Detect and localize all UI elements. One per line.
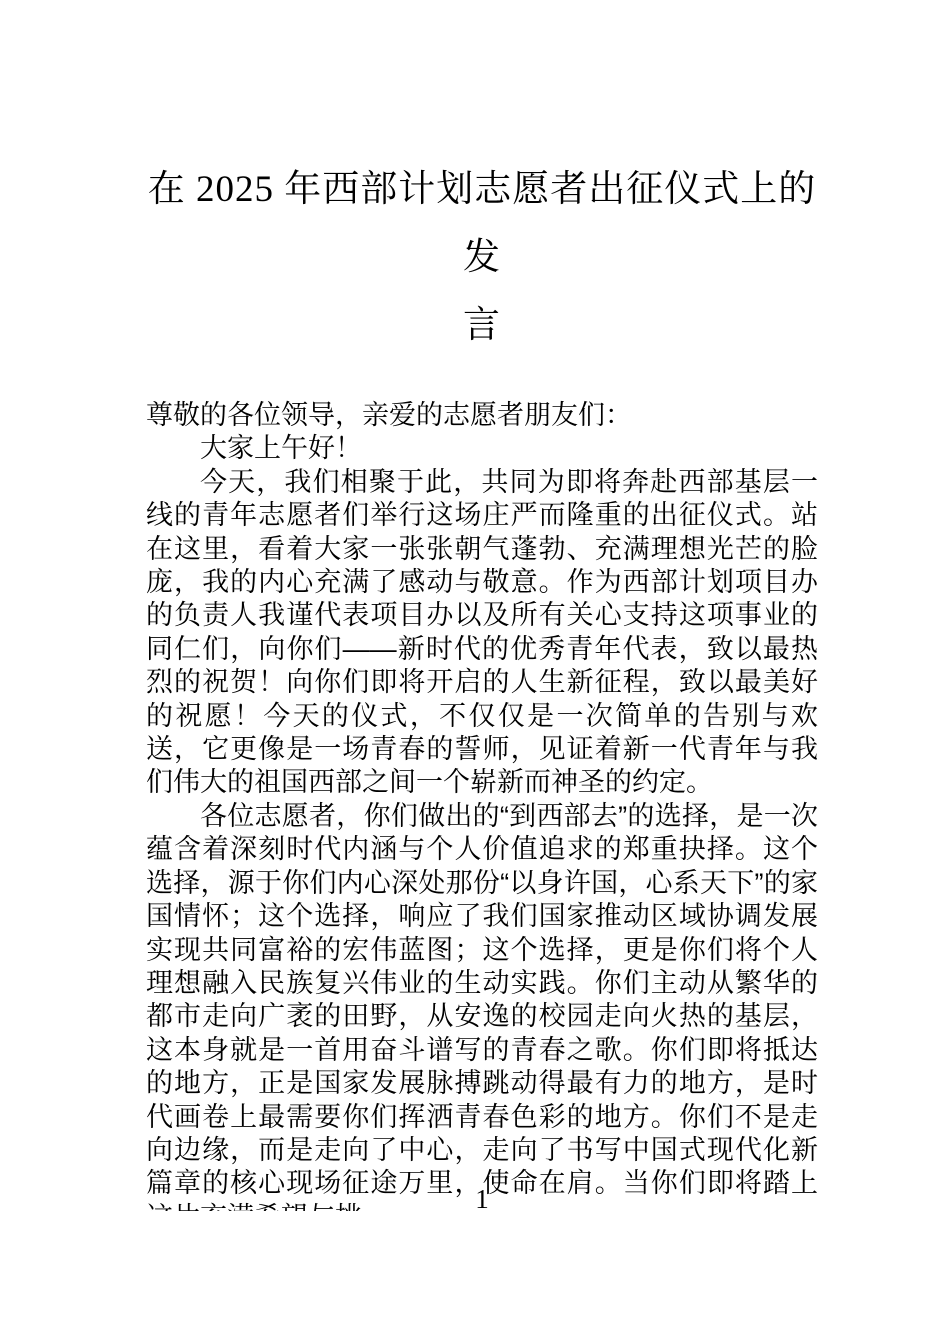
document-title: 在 2025 年西部计划志愿者出征仪式上的发 言 bbox=[146, 156, 818, 360]
document-page: 在 2025 年西部计划志愿者出征仪式上的发 言 尊敬的各位领导，亲爱的志愿者朋… bbox=[0, 0, 950, 1344]
body-paragraph-1: 今天，我们相聚于此，共同为即将奔赴西部基层一线的青年志愿者们举行这场庄严而隆重的… bbox=[146, 466, 818, 800]
page-number: 1 bbox=[146, 1184, 818, 1214]
document-title-line-2: 言 bbox=[146, 292, 818, 360]
salutation-paragraph: 尊敬的各位领导，亲爱的志愿者朋友们： bbox=[146, 399, 818, 432]
document-body: 尊敬的各位领导，亲爱的志愿者朋友们： 大家上午好！ 今天，我们相聚于此，共同为即… bbox=[146, 399, 818, 1211]
document-title-line-1: 在 2025 年西部计划志愿者出征仪式上的发 bbox=[146, 156, 818, 292]
body-paragraph-2: 各位志愿者，你们做出的“到西部去”的选择，是一次蕴含着深刻时代内涵与个人价值追求… bbox=[146, 800, 818, 1211]
greeting-paragraph: 大家上午好！ bbox=[146, 432, 818, 465]
